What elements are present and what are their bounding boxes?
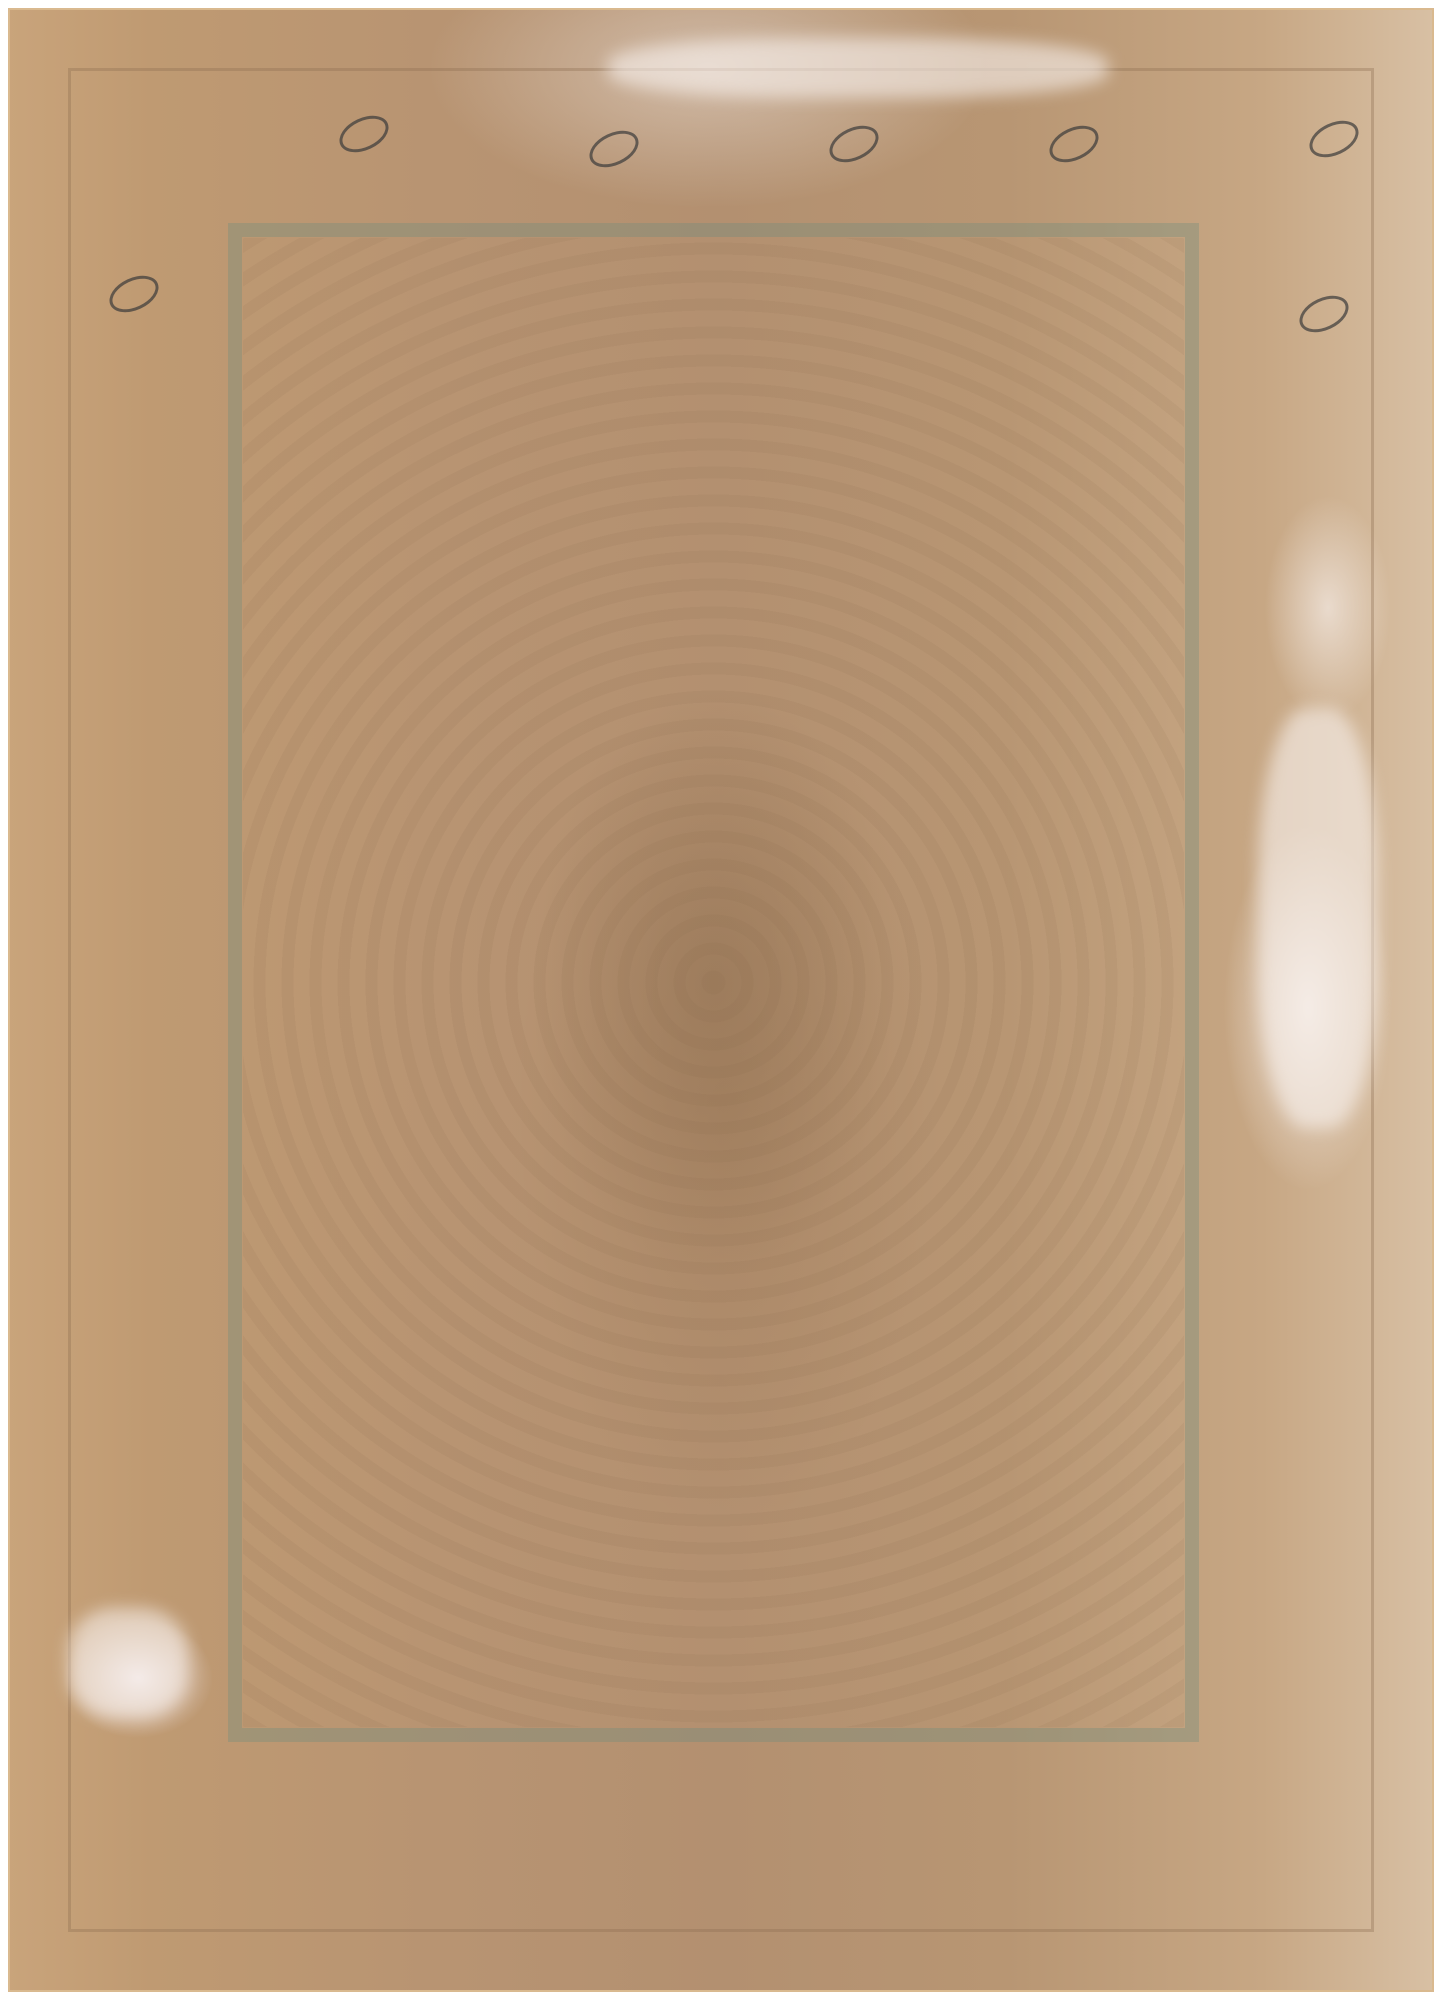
central-field [243,238,1184,1727]
worn-patch [1258,708,1378,1128]
rug-photo [8,8,1434,1992]
worn-patch [68,1608,188,1718]
worn-patch [608,38,1108,98]
